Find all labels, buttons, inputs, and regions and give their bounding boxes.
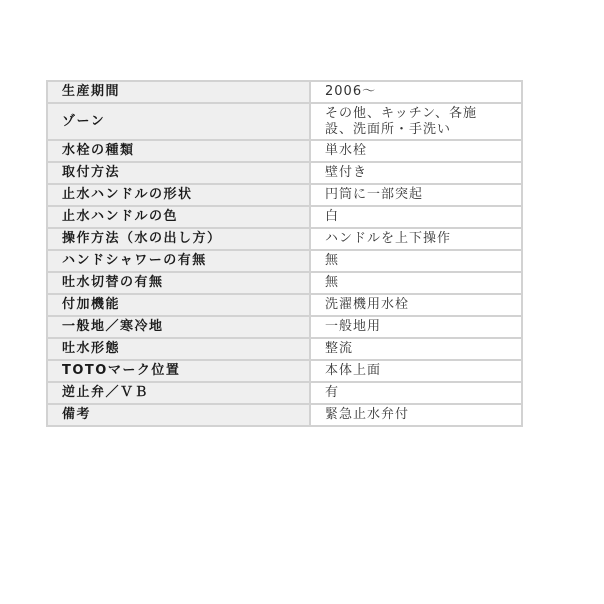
row-label: 備考 [47, 404, 310, 426]
table-row-region-type: 一般地／寒冷地 一般地用 [47, 316, 522, 338]
row-label: 吐水切替の有無 [47, 272, 310, 294]
row-value: 無 [310, 250, 522, 272]
row-label: 止水ハンドルの色 [47, 206, 310, 228]
row-label: 生産期間 [47, 81, 310, 103]
row-value: 単水栓 [310, 140, 522, 162]
table-row-operation-method: 操作方法（水の出し方） ハンドルを上下操作 [47, 228, 522, 250]
row-value: その他、キッチン、各施設、洗面所・手洗い [310, 103, 522, 140]
table-row-toto-mark-position: TOTOマーク位置 本体上面 [47, 360, 522, 382]
row-label: TOTOマーク位置 [47, 360, 310, 382]
table-row-hand-shower: ハンドシャワーの有無 無 [47, 250, 522, 272]
row-value: ハンドルを上下操作 [310, 228, 522, 250]
row-value: 整流 [310, 338, 522, 360]
row-value: 壁付き [310, 162, 522, 184]
row-label: 操作方法（水の出し方） [47, 228, 310, 250]
row-value: 円筒に一部突起 [310, 184, 522, 206]
row-label: 逆止弁／ＶＢ [47, 382, 310, 404]
row-label: 止水ハンドルの形状 [47, 184, 310, 206]
row-label: ハンドシャワーの有無 [47, 250, 310, 272]
row-label: 取付方法 [47, 162, 310, 184]
row-label: 吐水形態 [47, 338, 310, 360]
row-value: 洗濯機用水栓 [310, 294, 522, 316]
table-row-spout-switch: 吐水切替の有無 無 [47, 272, 522, 294]
row-value: 一般地用 [310, 316, 522, 338]
table-row-zone: ゾーン その他、キッチン、各施設、洗面所・手洗い [47, 103, 522, 140]
spec-table: 生産期間 2006〜 ゾーン その他、キッチン、各施設、洗面所・手洗い 水栓の種… [46, 80, 523, 427]
row-value: 緊急止水弁付 [310, 404, 522, 426]
row-label: ゾーン [47, 103, 310, 140]
table-row-additional-function: 付加機能 洗濯機用水栓 [47, 294, 522, 316]
row-label: 水栓の種類 [47, 140, 310, 162]
table-row-spout-form: 吐水形態 整流 [47, 338, 522, 360]
table-row-handle-shape: 止水ハンドルの形状 円筒に一部突起 [47, 184, 522, 206]
row-value: 2006〜 [310, 81, 522, 103]
row-value: 本体上面 [310, 360, 522, 382]
table-row-check-valve: 逆止弁／ＶＢ 有 [47, 382, 522, 404]
row-value: 白 [310, 206, 522, 228]
row-label: 一般地／寒冷地 [47, 316, 310, 338]
row-value: 有 [310, 382, 522, 404]
row-label: 付加機能 [47, 294, 310, 316]
table-row-handle-color: 止水ハンドルの色 白 [47, 206, 522, 228]
table-row-remarks: 備考 緊急止水弁付 [47, 404, 522, 426]
table-row-faucet-type: 水栓の種類 単水栓 [47, 140, 522, 162]
table-row-production-period: 生産期間 2006〜 [47, 81, 522, 103]
table-row-mounting-method: 取付方法 壁付き [47, 162, 522, 184]
row-value: 無 [310, 272, 522, 294]
